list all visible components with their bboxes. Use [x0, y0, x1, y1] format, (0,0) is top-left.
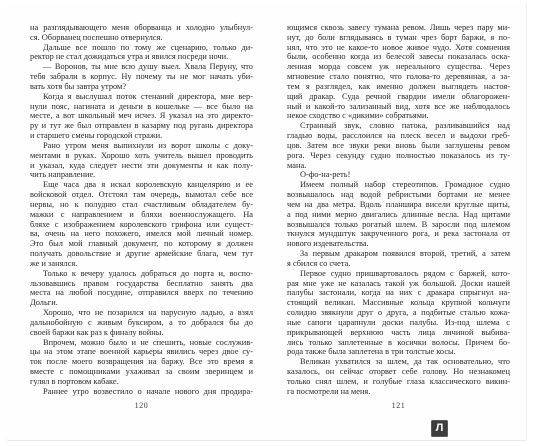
- text-line: чем на два метра. Вдоль планшира висели …: [287, 200, 510, 210]
- left-page-text: на разглядывающего меня оборванца и холо…: [30, 23, 253, 396]
- text-line: бляхе с изображением королевского грифон…: [30, 220, 253, 230]
- text-line: Еще часа два я искал королевскую канцеля…: [30, 180, 253, 190]
- text-line: Имеем полный набор стереотипов. Громадно…: [287, 180, 510, 190]
- text-line: тем я разглядел, как именно должен выгля…: [287, 82, 510, 92]
- text-line: ткнулся мундштук закрученного рога, и ре…: [287, 229, 510, 239]
- text-line: возвышалось над водой ребристыми бортами…: [287, 190, 510, 200]
- text-line: цов. Затем все звуки реки вновь были заг…: [287, 141, 510, 151]
- text-line: ленная морда совсем уж нереального сущес…: [287, 62, 510, 72]
- text-line: За первым дракаром появился второй, трет…: [287, 249, 510, 259]
- text-line: льзовавшись правом государства бесплатно…: [30, 279, 253, 289]
- right-page-text: ющимся сквозь завесу тумана ревом. Лишь …: [287, 23, 510, 396]
- text-line: тебя забрали в корпус. Ну почему ты не м…: [30, 72, 253, 82]
- text-line: месте, а вот школьный меч исчез. Я указа…: [30, 111, 253, 121]
- text-line: ментами в руках. Хорошо хоть учитель выш…: [30, 151, 253, 161]
- text-line: Только к вечеру удалось добраться до пор…: [30, 269, 253, 279]
- text-line: Это был мой главный документ, по котором…: [30, 239, 253, 249]
- text-line: я сбился со счета.: [287, 259, 510, 269]
- text-line: ный и какой-то зализанный вид, хотя все …: [287, 102, 510, 112]
- text-line: и старшего смены городской стражи.: [30, 131, 253, 141]
- text-line: своей баржи как раз к финалу войны.: [30, 328, 253, 338]
- text-line: возвышался только рогатый шлем. В заросл…: [287, 220, 510, 230]
- text-line: щий дракар. Суда речной гвардии имели об…: [287, 92, 510, 102]
- text-line: ректор не стал дожидаться утра и явился …: [30, 52, 253, 62]
- text-line: только снял шлем, и голубые глаза класси…: [287, 377, 510, 387]
- text-line: рода также была заплетена в три толстые …: [287, 347, 510, 357]
- text-line: нули пояс, нагината и деньги в кошельке …: [30, 102, 253, 112]
- text-line: ся. Оборванец поспешно отвернулся.: [30, 33, 253, 43]
- text-line: рога. Через секунду судно полностью пока…: [287, 151, 510, 161]
- text-line: нял, что это не какое-то новое живое чуд…: [287, 43, 510, 53]
- text-line: ные сапоги царапнули доски палубы. Из-по…: [287, 318, 510, 328]
- text-line: мана.: [287, 161, 510, 171]
- text-line: получать довольствие и другие армейские …: [30, 249, 253, 259]
- text-line: мажки с направлением и бляхи военнослужа…: [30, 210, 253, 220]
- text-line: ющимся сквозь завесу тумана ревом. Лишь …: [287, 23, 510, 33]
- text-line: Впрочем, можно было и не спешить, новые …: [30, 338, 253, 348]
- text-line: стоящий великан. Массивные кольца крупно…: [287, 298, 510, 308]
- text-line: на разглядывающего меня оборванца и холо…: [30, 23, 253, 33]
- text-line: Первое судно пришвартовалось рядом с бар…: [287, 269, 510, 279]
- text-line: гладью воды, расслоился на плеск весел и…: [287, 131, 510, 141]
- page-number-right: 121: [287, 401, 510, 410]
- labirint-logo-badge: Л: [431, 420, 448, 437]
- text-line: палубы застонали, когда на них с дракара…: [287, 288, 510, 298]
- text-line: Дальше все пошло по тому же сценарию, то…: [30, 43, 253, 53]
- text-line: Хорошо, что не позарился на парусную лад…: [30, 308, 253, 318]
- text-line: Великан ухватился за шлем, да так основа…: [287, 357, 510, 367]
- text-line: дальнобойную с живым буксиром, а то добр…: [30, 318, 253, 328]
- text-line: лись только заплетенные в косички волосы…: [287, 338, 510, 348]
- text-line: га посмотрели на меня.: [287, 387, 510, 397]
- text-line: прикрывающей верхнюю часть лица личиной …: [287, 328, 510, 338]
- text-line: ток после моего возвращения на баржу. Вс…: [30, 357, 253, 367]
- text-line: Когда я выслушал поток стенаний директор…: [30, 92, 253, 102]
- page-number-left: 120: [30, 401, 253, 410]
- text-line: О-фо-на-реть!: [287, 170, 510, 180]
- text-line: Раннее утро возвестило о начале нового д…: [30, 387, 253, 397]
- text-line: места на любой посудине, отправился ввер…: [30, 288, 253, 298]
- text-line: нового издевательства.: [287, 239, 510, 249]
- text-line: нут, до боли вглядываясь в туман чрез бо…: [287, 33, 510, 43]
- text-line: рая мне уже не казалась такой уж большой…: [287, 279, 510, 289]
- text-line: Дольги.: [30, 298, 253, 308]
- text-line: Странный звук, словно патока, разливавши…: [287, 121, 510, 131]
- text-line: вместе с помощниками ухаживал за своим з…: [30, 367, 253, 377]
- text-line: гулял в портовом кабаке.: [30, 377, 253, 387]
- text-line: нервы, но к полудню стал счастливым обла…: [30, 200, 253, 210]
- text-line: ру и тут же был отправлен в казарму под …: [30, 121, 253, 131]
- text-line: войсковой отдел. Отстоял там очередь, вы…: [30, 190, 253, 200]
- text-line: солидно звякнули друг о друга, а подбиты…: [287, 308, 510, 318]
- text-line: — Воронов, ты мне всю душу выел. Хвала П…: [30, 62, 253, 72]
- text-line: некое сходство с «дикими» собратьями.: [287, 111, 510, 121]
- text-line: мгновение стало понятно, что голова-то д…: [287, 72, 510, 82]
- text-line: ва, очень на него похожего, имелся мой л…: [30, 229, 253, 239]
- text-line: были, особенно когда из белесой завесы п…: [287, 52, 510, 62]
- text-line: казалось, он сейчас оторвет себе голову.…: [287, 367, 510, 377]
- text-line: цы на этом этапе военной карьеры явились…: [30, 347, 253, 357]
- text-line: и указал, куда следует нести эти докумен…: [30, 161, 253, 171]
- logo-letter: Л: [436, 420, 444, 437]
- text-line: же и занялся.: [30, 259, 253, 269]
- text-line: Рано утром меня выпихнули из ворот школы…: [30, 141, 253, 151]
- text-line: вать хотя бы завтра утром?: [30, 82, 253, 92]
- text-line: а под ними мерно двигались длинные весла…: [287, 210, 510, 220]
- text-line: чить направление.: [30, 170, 253, 180]
